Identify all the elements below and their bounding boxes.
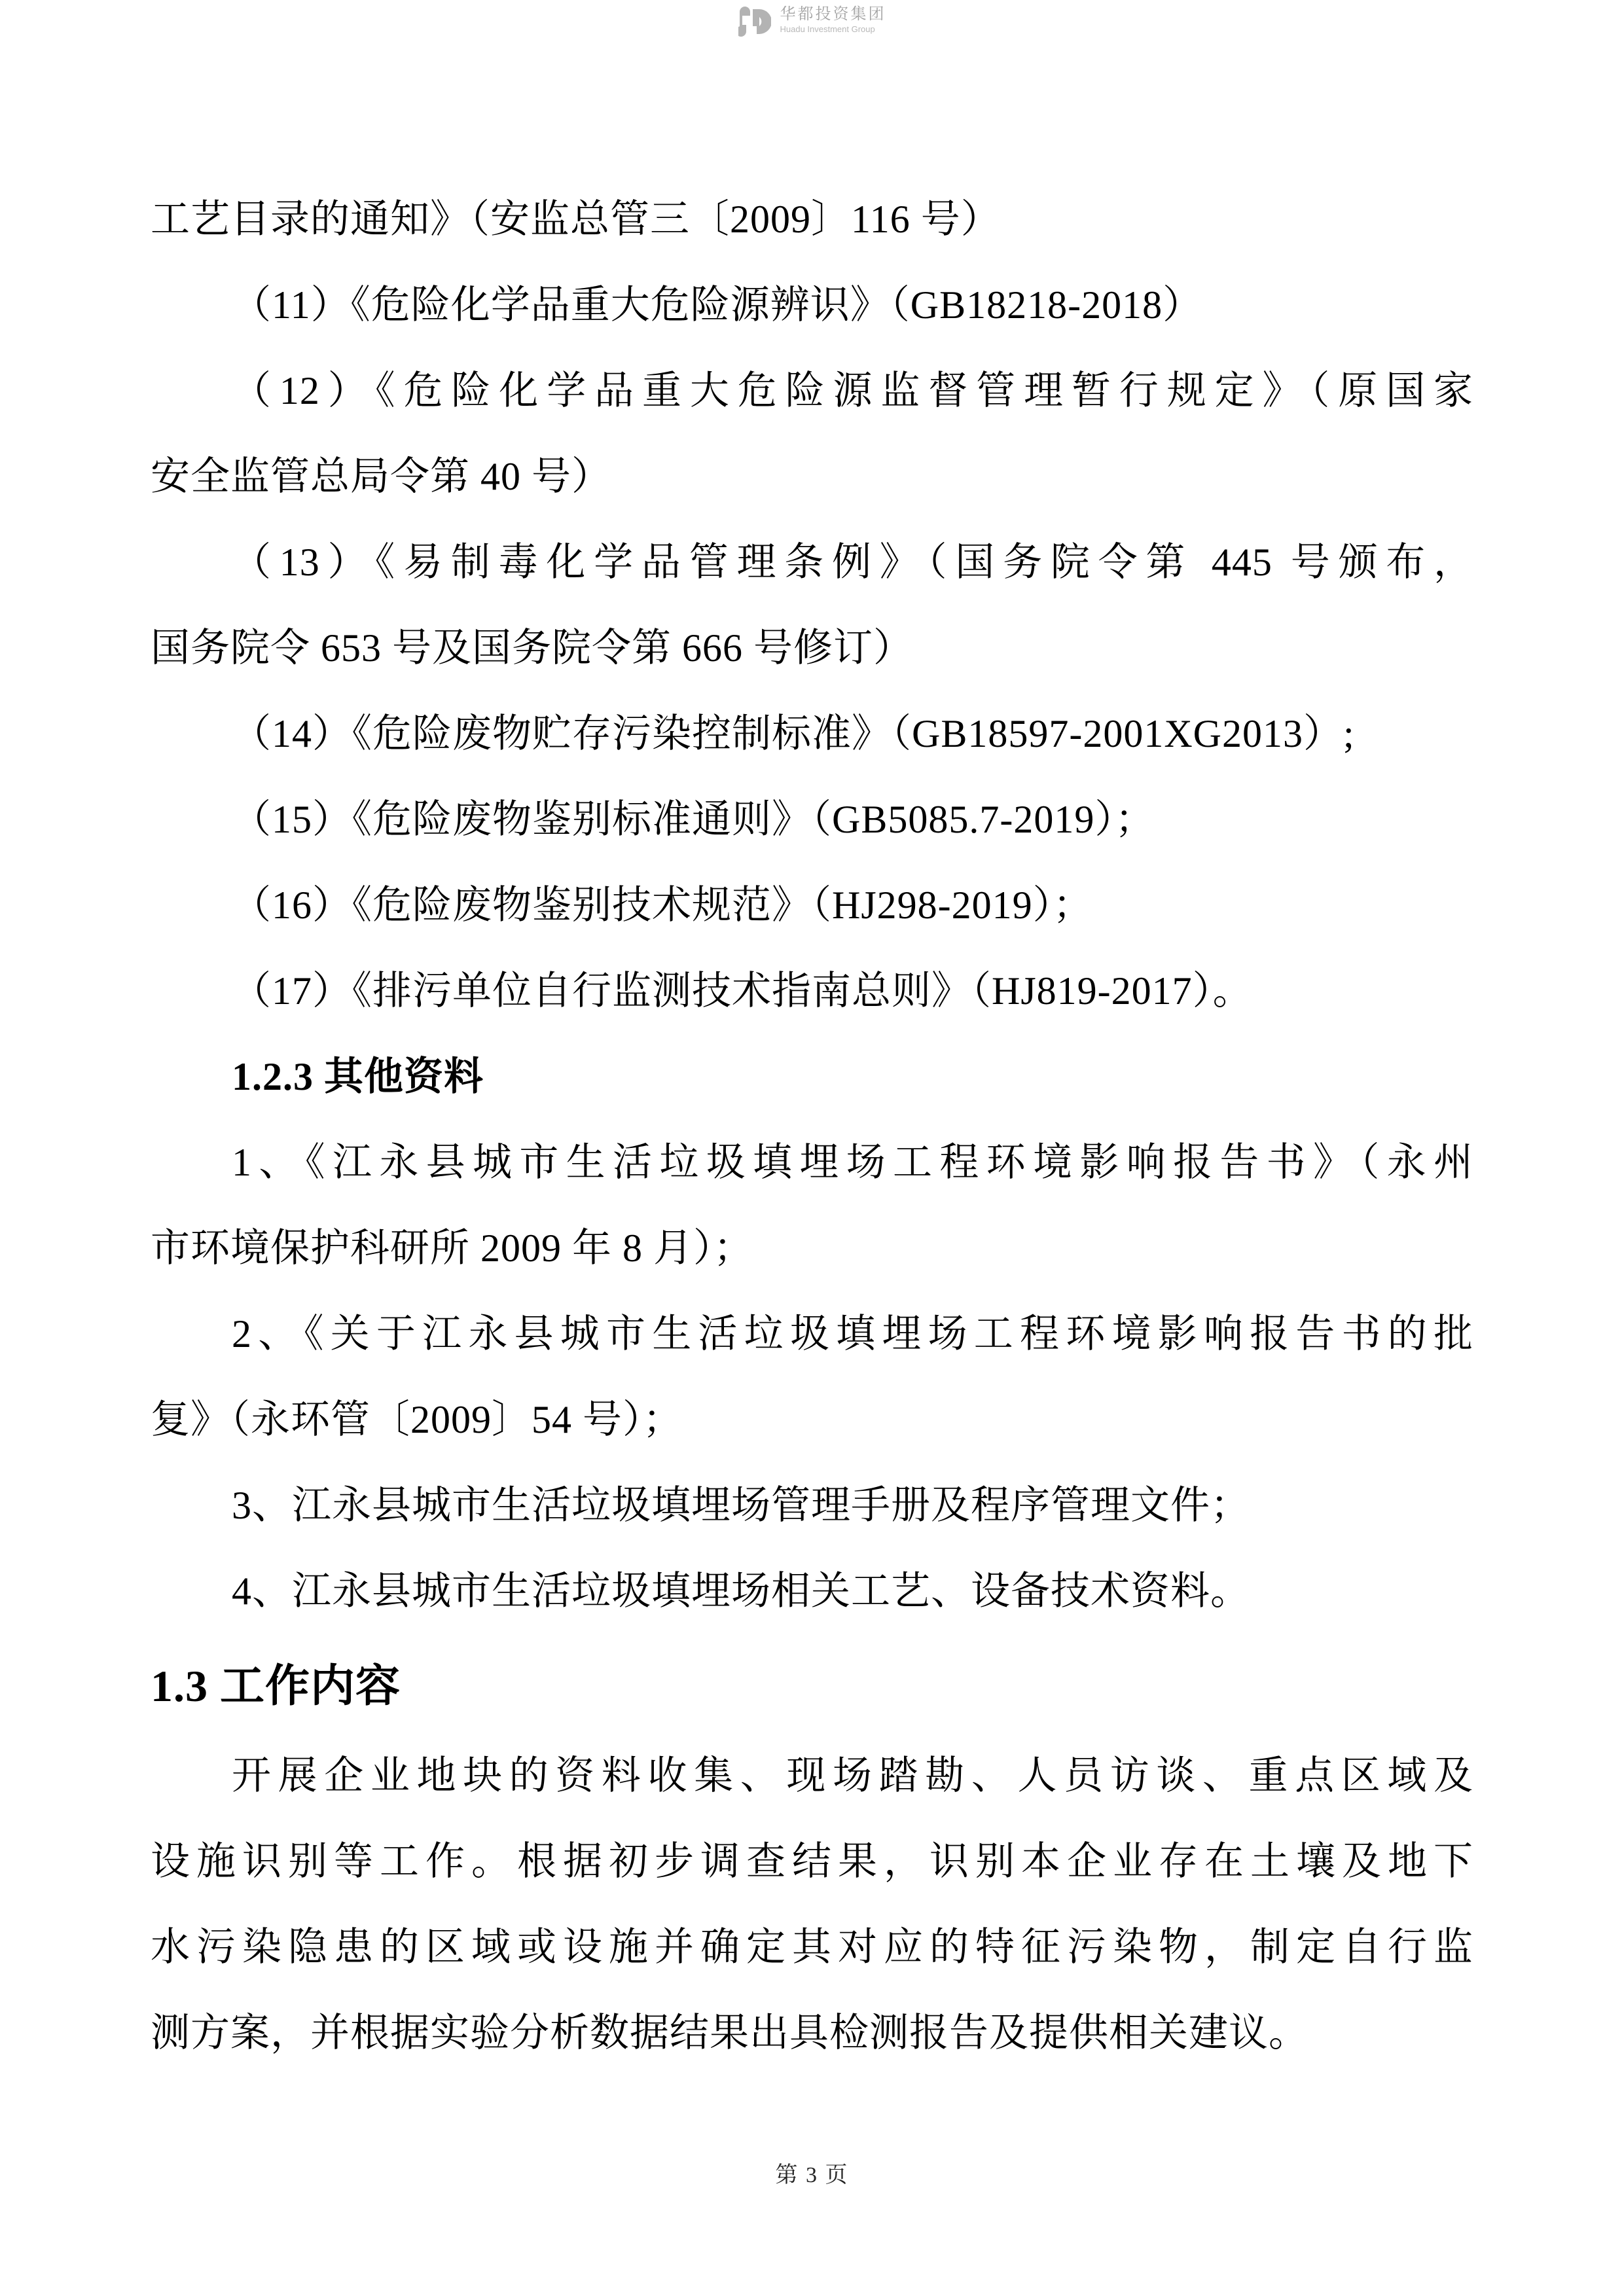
page-number: 第 3 页 (776, 2163, 849, 2187)
text-line: （15）《危险废物鉴别标准通则》（GB5085.7-2019）； (151, 777, 1473, 863)
page-footer: 第 3 页 (0, 2157, 1624, 2189)
huadu-logo-icon (738, 7, 771, 40)
text-line: （17）《排污单位自行监测技术指南总则》（HJ819-2017）。 (151, 948, 1473, 1034)
text-line: 水污染隐患的区域或设施并确定其对应的特征污染物，制定自行监 (151, 1905, 1473, 1990)
company-logo-text: 华都投资集团 Huadu Investment Group (780, 5, 886, 35)
text-line: （16）《危险废物鉴别技术规范》（HJ298-2019）； (151, 863, 1473, 948)
text-line: 测方案，并根据实验分析数据结果出具检测报告及提供相关建议。 (151, 1990, 1473, 2076)
document-page: 华都投资集团 Huadu Investment Group 工艺目录的通知》（安… (0, 0, 1624, 2296)
text-line: 3、江永县城市生活垃圾填埋场管理手册及程序管理文件； (151, 1463, 1473, 1549)
text-line: 安全监管总局令第 40 号） (151, 434, 1473, 520)
company-logo: 华都投资集团 Huadu Investment Group (0, 5, 1624, 40)
section-heading: 1.3 工作内容 (151, 1643, 1473, 1729)
section-heading: 1.2.3 其他资料 (151, 1034, 1473, 1120)
text-line: 4、江永县城市生活垃圾填埋场相关工艺、设备技术资料。 (151, 1549, 1473, 1634)
text-line: （11）《危险化学品重大危险源辨识》（GB18218-2018） (151, 262, 1473, 348)
text-line: （13）《易制毒化学品管理条例》（国务院令第 445 号颁布， (151, 520, 1473, 605)
text-line: 国务院令 653 号及国务院令第 666 号修订） (151, 605, 1473, 691)
company-name-en: Huadu Investment Group (780, 24, 886, 35)
text-line: 1、《江永县城市生活垃圾填埋场工程环境影响报告书》（永州 (151, 1120, 1473, 1206)
text-line: （12）《危险化学品重大危险源监督管理暂行规定》（原国家 (151, 348, 1473, 434)
document-body: 工艺目录的通知》（安监总管三〔2009〕116 号）（11）《危险化学品重大危险… (151, 177, 1473, 2076)
text-line: 工艺目录的通知》（安监总管三〔2009〕116 号） (151, 177, 1473, 262)
text-line: 市环境保护科研所 2009 年 8 月）； (151, 1206, 1473, 1291)
text-line: 2、《关于江永县城市生活垃圾填埋场工程环境影响报告书的批 (151, 1291, 1473, 1377)
text-line: 开展企业地块的资料收集、现场踏勘、人员访谈、重点区域及 (151, 1733, 1473, 1819)
company-name-cn: 华都投资集团 (780, 5, 886, 24)
text-line: （14）《危险废物贮存污染控制标准》（GB18597-2001XG2013）; (151, 691, 1473, 777)
text-line: 设施识别等工作。根据初步调查结果，识别本企业存在土壤及地下 (151, 1819, 1473, 1905)
text-line: 复》（永环管〔2009〕54 号）； (151, 1377, 1473, 1463)
